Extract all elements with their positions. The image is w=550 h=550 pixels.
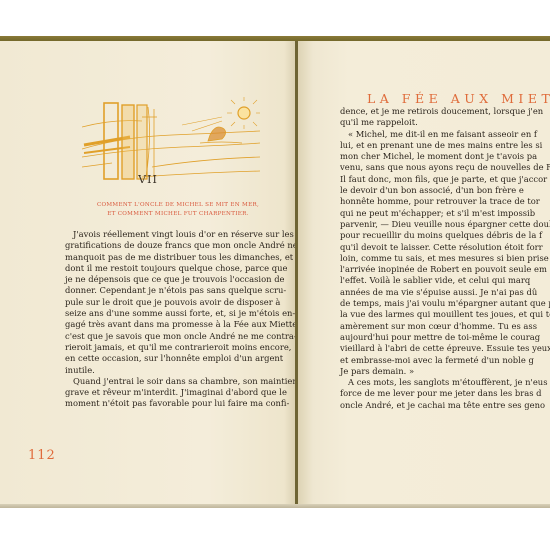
text-line: pule sur le droit que je pouvois avoir d… <box>65 297 265 308</box>
text-line: manquoit pas de me distribuer tous les d… <box>65 252 265 263</box>
text-line: donner. Cependant je n'étois pas sans qu… <box>65 285 265 296</box>
text-line: oncle André, et je cachai ma tête entre … <box>340 400 550 411</box>
chapter-number: VII <box>0 173 296 186</box>
text-line: grave et rêveur m'interdit. J'imaginai d… <box>65 387 265 398</box>
text-line: J'avois réellement vingt louis d'or en r… <box>65 229 265 240</box>
running-head: LA FÉE AUX MIETT <box>367 91 550 106</box>
text-line: l'effet. Voilà le sablier vide, et celui… <box>340 275 550 286</box>
text-line: lui, et en prenant une de mes mains entr… <box>340 140 550 151</box>
text-line: « Michel, me dit-il en me faisant asseoi… <box>340 129 550 140</box>
text-line: qui ne peut m'échapper; et s'il m'est im… <box>340 208 550 219</box>
text-line: dence, et je me retirois doucement, lors… <box>340 106 550 117</box>
chapter-title-line: COMMENT L'ONCLE DE MICHEL SE MIT EN MER, <box>60 201 296 210</box>
text-line: parvenir, — Dieu veuille nous épargner c… <box>340 219 550 230</box>
text-line: loin, comme tu sais, et mes mesures si b… <box>340 253 550 264</box>
text-line: Je pars demain. » <box>340 366 550 377</box>
text-line: mon cher Michel, le moment dont je t'avo… <box>340 151 550 162</box>
right-body-text: dence, et je me retirois doucement, lors… <box>340 106 550 411</box>
text-line: l'arrivée inopinée de Robert en pouvoit … <box>340 264 550 275</box>
text-line: Il faut donc, mon fils, que je parte, et… <box>340 174 550 185</box>
text-line: rieroit jamais, et qu'il me contrarieroi… <box>65 342 265 353</box>
text-line: le devoir d'un bon associé, d'un bon frè… <box>340 185 550 196</box>
text-line: A ces mots, les sanglots m'étouffèrent, … <box>340 377 550 388</box>
text-line: moment n'étoit pas favorable pour lui fa… <box>65 398 265 409</box>
text-line: honnête homme, pour retrouver la trace d… <box>340 196 550 207</box>
page-number: 112 <box>28 448 56 463</box>
text-line: vieillard à l'abri de cette épreuve. Ess… <box>340 343 550 354</box>
chapter-title: COMMENT L'ONCLE DE MICHEL SE MIT EN MER,… <box>60 201 296 218</box>
text-line: inutile. <box>65 365 265 376</box>
text-line: gratifications de douze francs que mon o… <box>65 240 265 251</box>
text-line: amèrement sur mon cœur d'homme. Tu es as… <box>340 321 550 332</box>
text-line: la vue des larmes qui mouillent tes joue… <box>340 309 550 320</box>
text-line: c'est que je savois que mon oncle André … <box>65 331 265 342</box>
text-line: venu, sans que nous ayons reçu de nouvel… <box>340 162 550 173</box>
text-line: pour recueillir du moins quelques débris… <box>340 230 550 241</box>
text-line: en cette occasion, sur l'honnête emploi … <box>65 353 265 364</box>
text-line: je ne dépensois que ce que je trouvois l… <box>65 274 265 285</box>
text-line: aujourd'hui pour mettre de toi-même le c… <box>340 332 550 343</box>
text-line: de temps, mais j'ai voulu m'épargner aut… <box>340 298 550 309</box>
text-line: qu'il devoit te laisser. Cette résolutio… <box>340 242 550 253</box>
text-line: gagé très avant dans ma promesse à la Fé… <box>65 319 265 330</box>
book-cover-bottom-edge <box>0 504 550 508</box>
text-line: années de ma vie s'épuise aussi. Je n'ai… <box>340 287 550 298</box>
text-line: qu'il me rappeloit. <box>340 117 550 128</box>
open-book: VII COMMENT L'ONCLE DE MICHEL SE MIT EN … <box>0 36 550 510</box>
text-line: et embrasse-moi avec la fermeté d'un nob… <box>340 355 550 366</box>
left-body-text: J'avois réellement vingt louis d'or en r… <box>65 229 265 410</box>
text-line: dont il me restoit toujours quelque chos… <box>65 263 265 274</box>
chapter-title-line: ET COMMENT MICHEL FUT CHARPENTIER. <box>60 210 296 219</box>
text-line: Quand j'entrai le soir dans sa chambre, … <box>65 376 265 387</box>
text-line: seize ans d'une somme aussi forte, et, s… <box>65 308 265 319</box>
text-line: force de me lever pour me jeter dans les… <box>340 388 550 399</box>
